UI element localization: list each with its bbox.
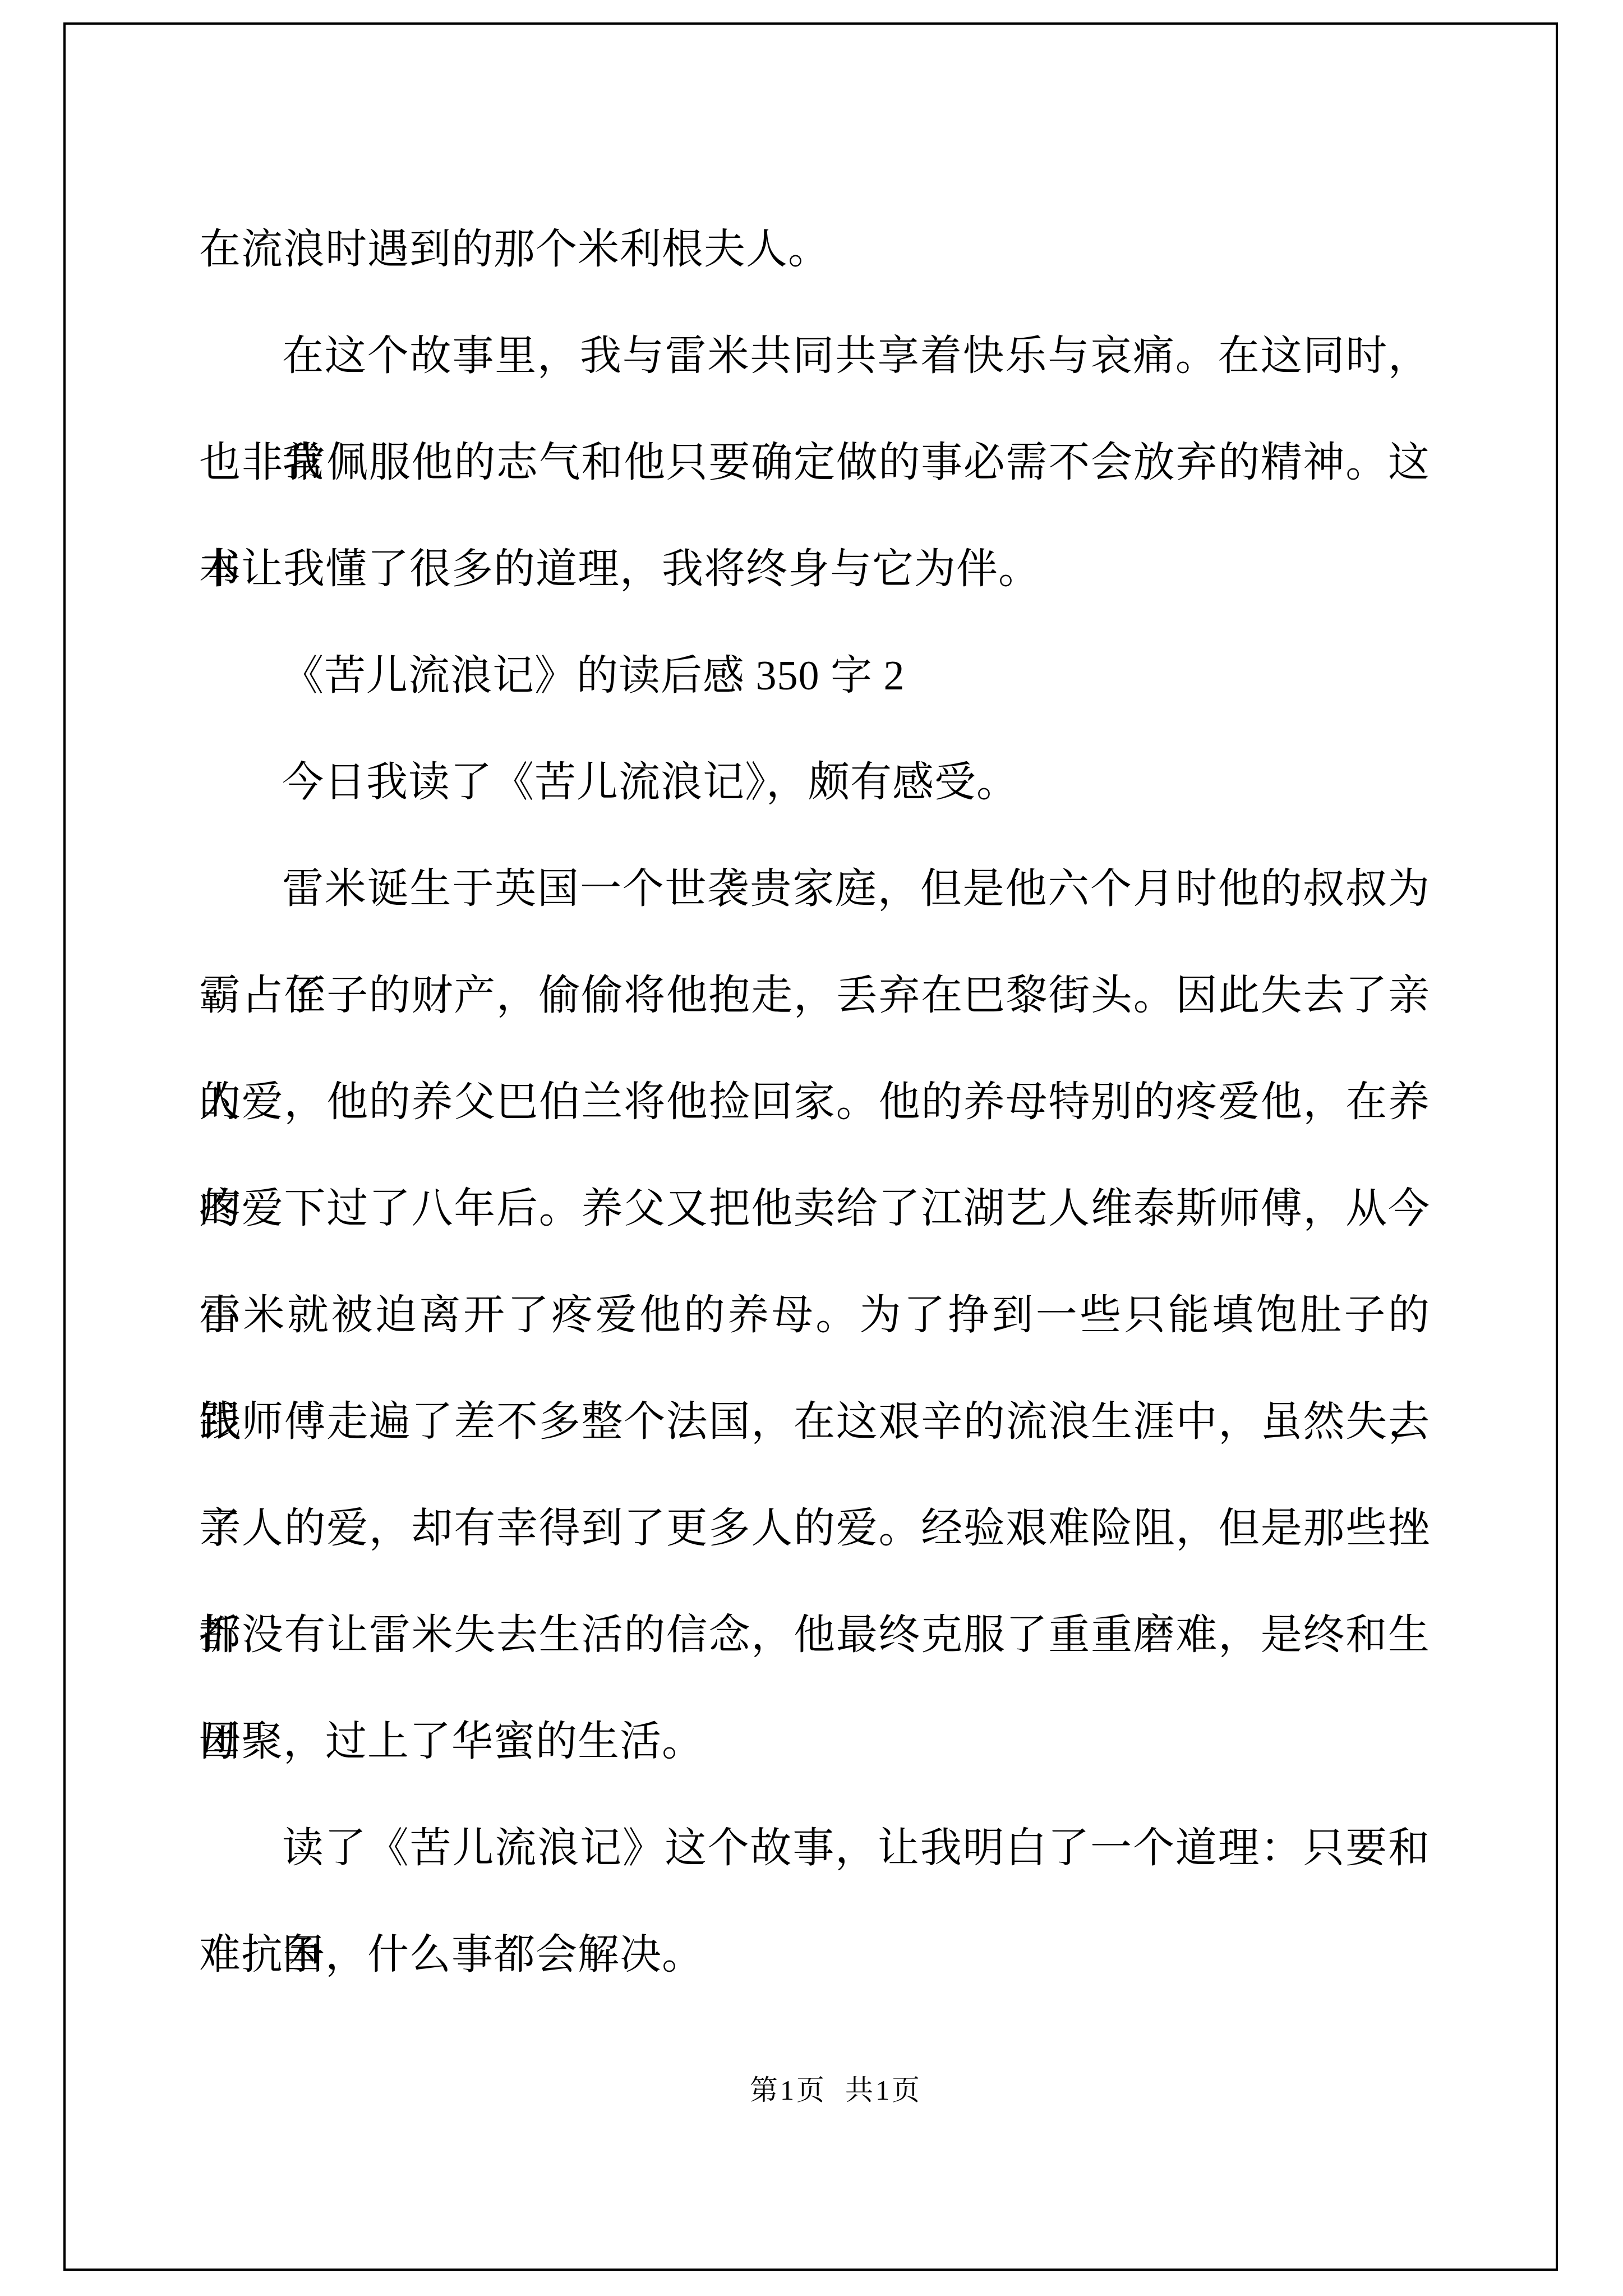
text-line: 今日我读了《苦儿流浪记》，颇有感受。 xyxy=(199,729,1430,836)
document-page: 在流浪时遇到的那个米利根夫人。在这个故事里，我与雷米共同共享着快乐与哀痛。在这同… xyxy=(0,0,1623,2296)
document-lines: 在流浪时遇到的那个米利根夫人。在这个故事里，我与雷米共同共享着快乐与哀痛。在这同… xyxy=(199,196,1430,2008)
text-line: 雷米诞生于英国一个世袭贵家庭，但是他六个月时他的叔叔为了 xyxy=(199,836,1430,942)
text-line: 亲人的爱，却有幸得到了更多人的爱。经验艰难险阻，但是那些挫折 xyxy=(199,1475,1430,1582)
text-line: 都没有让雷米失去生活的信念，他最终克服了重重磨难，是终和生母 xyxy=(199,1582,1430,1688)
text-line: 也非常佩服他的志气和他只要确定做的事必需不会放弃的精神。这本 xyxy=(199,409,1430,516)
text-line: 《苦儿流浪记》的读后感 350 字 2 xyxy=(199,623,1430,729)
text-line: 在流浪时遇到的那个米利根夫人。 xyxy=(199,196,1430,303)
text-line: 雷米就被迫离开了疼爱他的养母。为了挣到一些只能填饱肚子的钱， xyxy=(199,1262,1430,1369)
text-line: 团聚，过上了华蜜的生活。 xyxy=(199,1688,1430,1795)
text-line: 书让我懂了很多的道理，我将终身与它为伴。 xyxy=(199,516,1430,623)
text-line: 读了《苦儿流浪记》这个故事，让我明白了一个道理：只要和困 xyxy=(199,1795,1430,1902)
text-line: 跟师傅走遍了差不多整个法国，在这艰辛的流浪生涯中，虽然失去了 xyxy=(199,1369,1430,1475)
text-line: 在这个故事里，我与雷米共同共享着快乐与哀痛。在这同时，我 xyxy=(199,303,1430,409)
text-line: 疼爱下过了八年后。养父又把他卖给了江湖艺人维泰斯师傅，从今小 xyxy=(199,1156,1430,1262)
text-line: 的爱，他的养父巴伯兰将他捡回家。他的养母特别的疼爱他，在养的 xyxy=(199,1049,1430,1156)
text-line: 难抗争，什么事都会解决。 xyxy=(199,1902,1430,2008)
page-footer: 第1页 共1页 xyxy=(63,2073,1558,2107)
text-line: 霸占侄子的财产，偷偷将他抱走，丢弃在巴黎街头。因此失去了亲人 xyxy=(199,942,1430,1049)
